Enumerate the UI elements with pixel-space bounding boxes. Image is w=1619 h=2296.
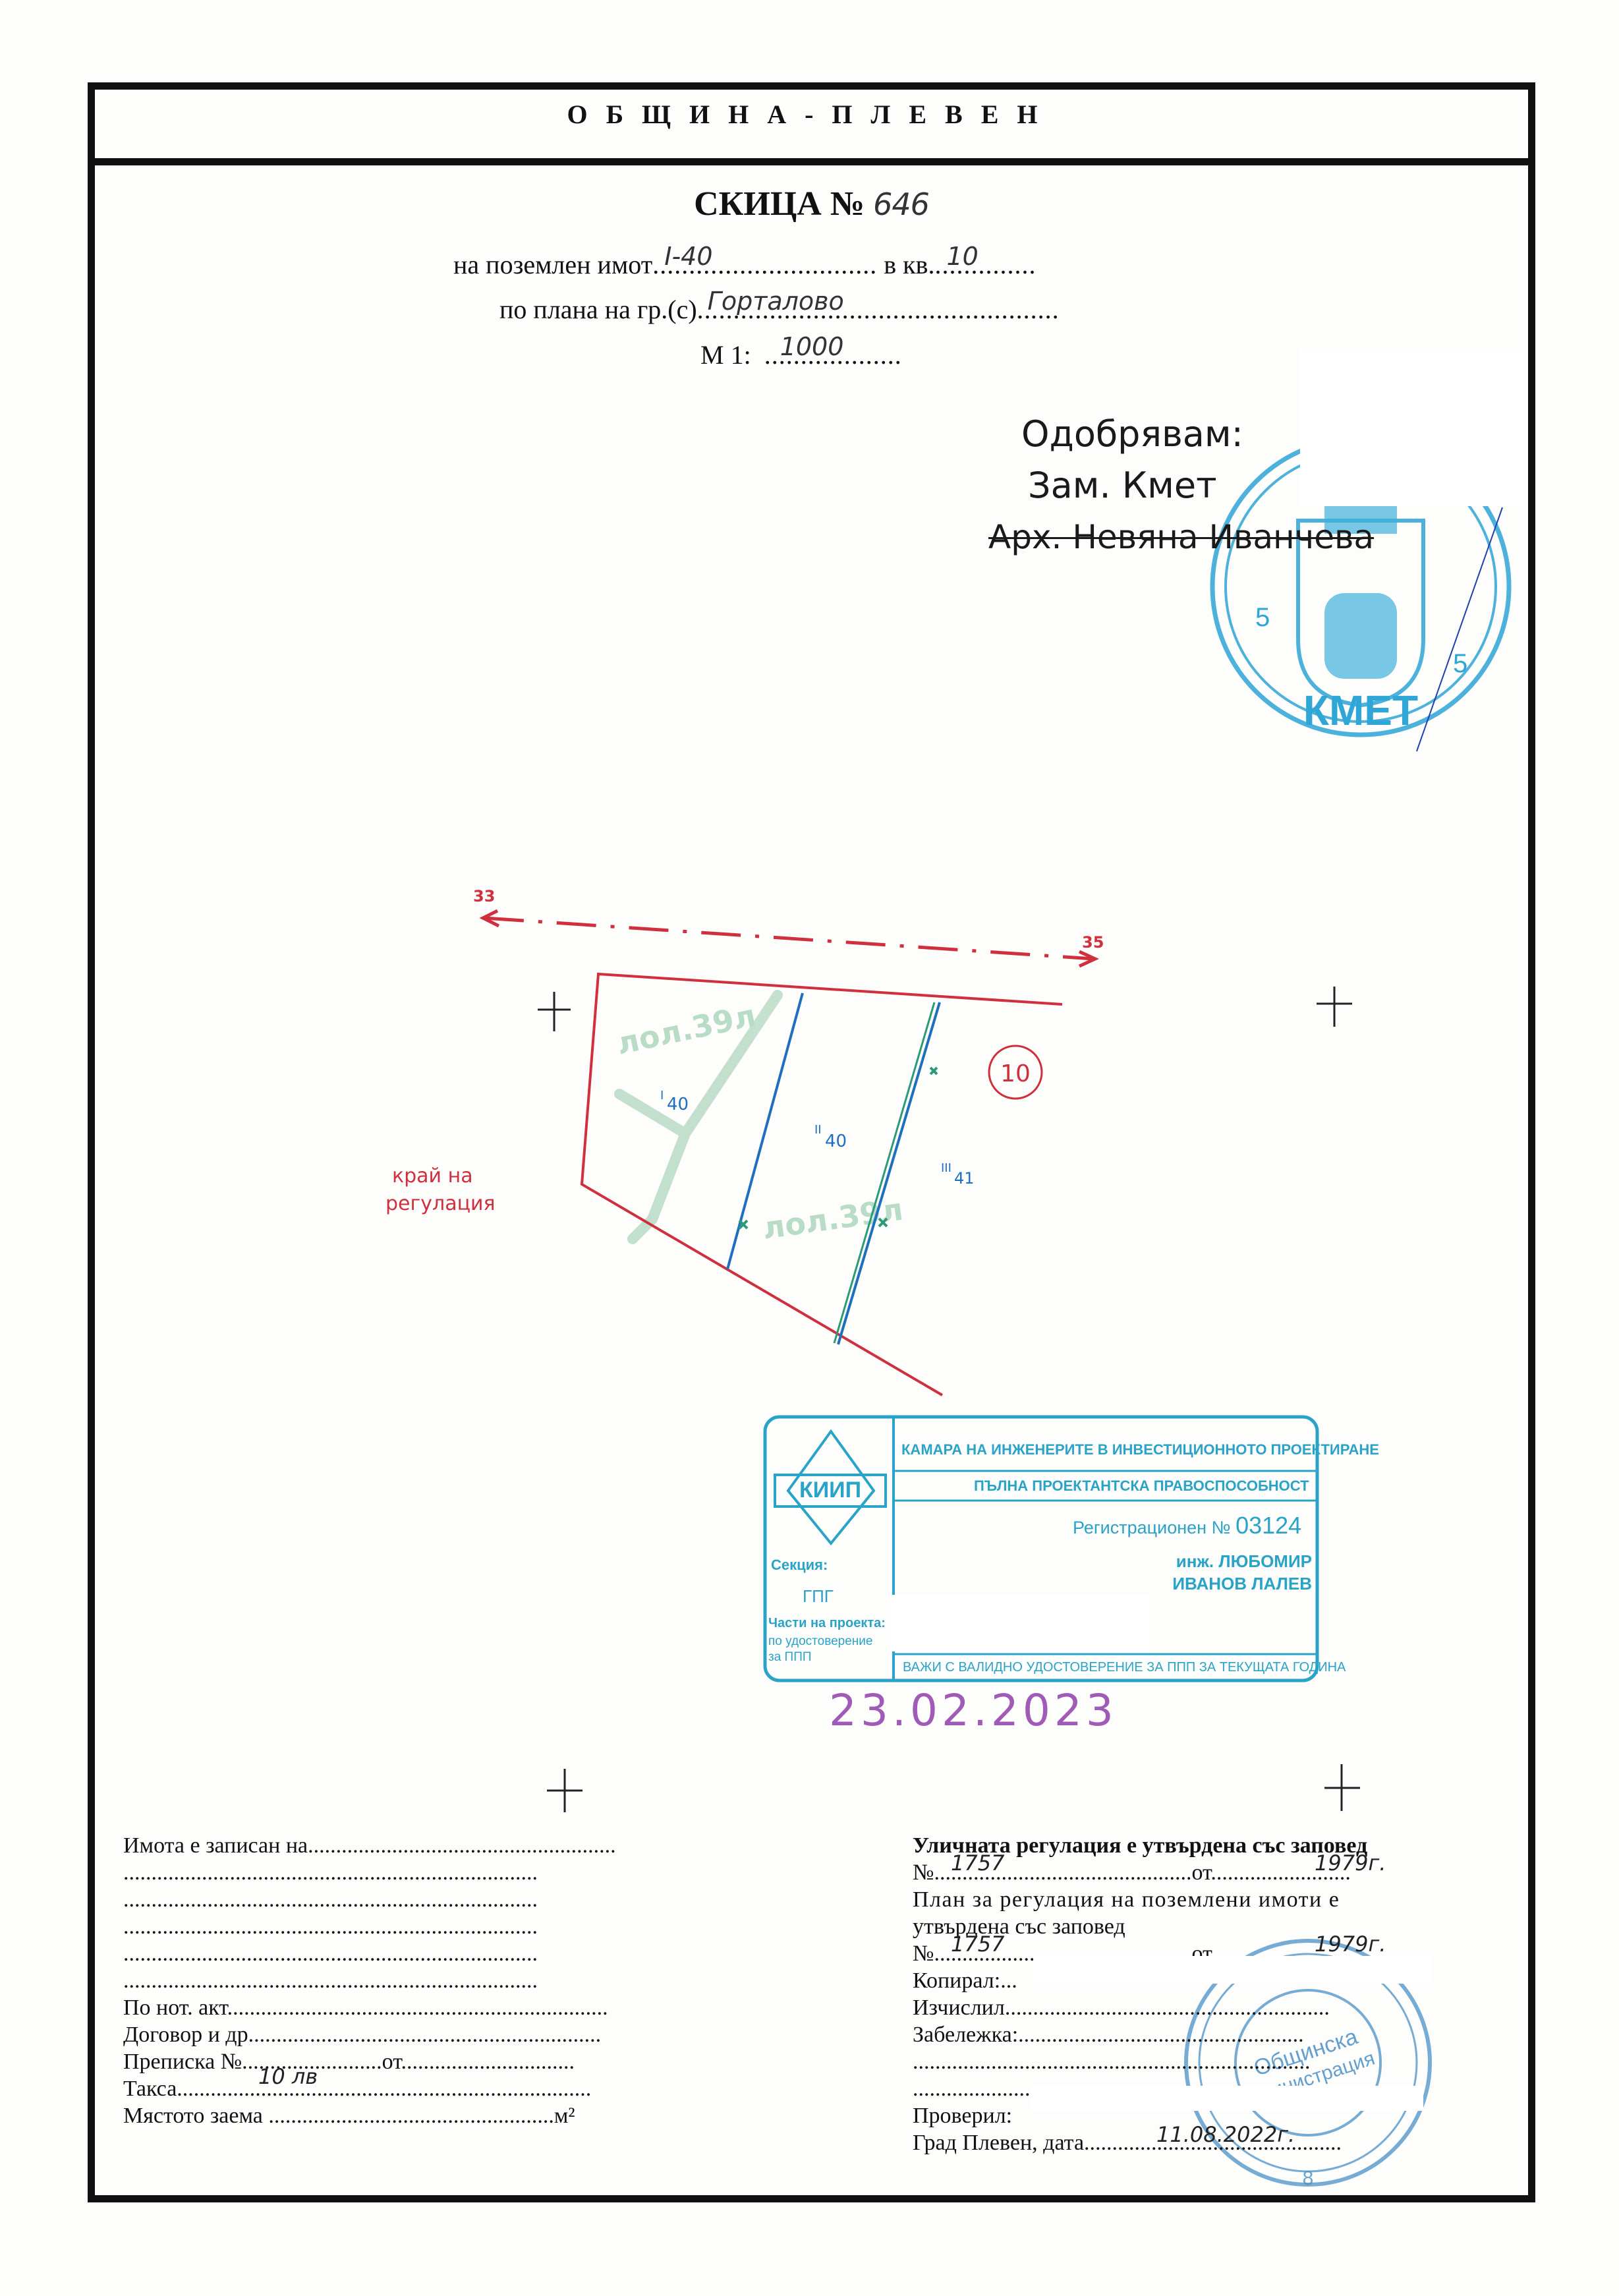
plot-1-number: 40 bbox=[667, 1095, 689, 1114]
stamp-section-label: Секция: bbox=[771, 1557, 828, 1574]
plot-boundary-2 bbox=[838, 1002, 940, 1344]
owner-blank-1: ........................................… bbox=[123, 1859, 616, 1886]
stamp-parts-value-1: по удостоверение bbox=[768, 1634, 872, 1649]
watermark-label-2: лол.39л bbox=[760, 1191, 905, 1246]
note-label: Забележка: bbox=[913, 2023, 1018, 2047]
street-order-label: № bbox=[913, 1860, 934, 1885]
place-date-row: Град Плевен, дата.......................… bbox=[913, 2129, 1367, 2156]
form-left: Имота е записан на......................… bbox=[123, 1832, 616, 2129]
calculated-label: Изчислил bbox=[913, 1995, 1005, 2020]
copied-label: Копирал: bbox=[913, 1968, 1000, 1993]
area-unit: м² bbox=[554, 2104, 575, 2128]
notary-row: По нот. акт.............................… bbox=[123, 1994, 616, 2021]
plan-order-label: № bbox=[913, 1941, 934, 1966]
owner-blank-5: ........................................… bbox=[123, 1967, 616, 1994]
stamp-redaction bbox=[892, 1595, 1149, 1651]
street-label-35: 35 bbox=[1082, 933, 1104, 952]
admin-stamp-number: 8 bbox=[1303, 2167, 1314, 2189]
correspondence-from-label: от bbox=[382, 2050, 401, 2074]
area-row: Мястото заема ..........................… bbox=[123, 2102, 616, 2129]
street-order-row: №.......................................… bbox=[913, 1859, 1367, 1886]
area-label: Мястото заема bbox=[123, 2104, 263, 2128]
plan-order-date: 1979г. bbox=[1315, 1931, 1386, 1958]
plot-2-roman: II bbox=[814, 1123, 822, 1137]
plot-2-number: 40 bbox=[825, 1132, 847, 1151]
plan-reg-line-1: План за регулация на поземлени имоти е bbox=[913, 1886, 1367, 1913]
calculated-row: Изчислил................................… bbox=[913, 1994, 1367, 2021]
owner-blank-3: ........................................… bbox=[123, 1913, 616, 1940]
street-order-no: 1757 bbox=[951, 1850, 1004, 1877]
engineer-name-1: инж. ЛЮБОМИР bbox=[1172, 1550, 1312, 1572]
reg-number: 03124 bbox=[1236, 1512, 1301, 1539]
plot-3-number: 41 bbox=[954, 1169, 975, 1188]
correspondence-label: Преписка № bbox=[123, 2050, 242, 2074]
stamp-validity: ВАЖИ С ВАЛИДНО УДОСТОВЕРЕНИЕ ЗА ППП ЗА Т… bbox=[903, 1660, 1346, 1675]
fee-label: Такса bbox=[123, 2077, 177, 2101]
owner-blank-2: ........................................… bbox=[123, 1886, 616, 1913]
place-date-value: 11.08.2022г. bbox=[1156, 2121, 1295, 2148]
stamp-parts-value-2: за ППП bbox=[768, 1650, 812, 1665]
engineer-stamp: КИИП КАМАРА НА ИНЖЕНЕРИТЕ В ИНВЕСТИЦИОНН… bbox=[763, 1412, 1320, 1688]
street-order-from-label: от bbox=[1191, 1860, 1210, 1885]
contract-label: Договор и др. bbox=[123, 2023, 254, 2047]
place-date-label: Град Плевен, дата bbox=[913, 2131, 1084, 2155]
fee-row: Такса...................................… bbox=[123, 2075, 616, 2102]
regulation-edge-label-2: регулация bbox=[385, 1192, 496, 1215]
plot-1-roman: I bbox=[660, 1089, 664, 1103]
contract-row: Договор и др............................… bbox=[123, 2021, 616, 2048]
notary-label: По нот. акт. bbox=[123, 1995, 233, 2020]
regulation-edge-label-1: край на bbox=[392, 1164, 473, 1188]
stamp-section-value: ГПГ bbox=[803, 1586, 834, 1607]
note-row: Забележка:..............................… bbox=[913, 2021, 1367, 2048]
checked-label: Проверил: bbox=[913, 2104, 1012, 2128]
note-blank-1: ........................................… bbox=[913, 2048, 1367, 2075]
street-order-date: 1979г. bbox=[1315, 1850, 1386, 1877]
kiip-logo: КИИП bbox=[775, 1478, 886, 1503]
reg-label: Регистрационен № bbox=[1073, 1518, 1231, 1537]
checked-redaction bbox=[1031, 2086, 1423, 2111]
stamp-chamber: КАМАРА НА ИНЖЕНЕРИТЕ В ИНВЕСТИЦИОННОТО П… bbox=[901, 1441, 1379, 1458]
street-label-33: 33 bbox=[473, 887, 495, 905]
engineer-name-2: ИВАНОВ ЛАЛЕВ bbox=[1172, 1572, 1312, 1595]
plot-3-roman: III bbox=[941, 1161, 952, 1175]
stamp-parts-label: Части на проекта: bbox=[768, 1616, 886, 1631]
stamp-registration: Регистрационен № 03124 bbox=[1073, 1512, 1301, 1539]
stamp-capacity: ПЪЛНА ПРОЕКТАНТСКА ПРАВОСПОСОБНОСТ bbox=[974, 1478, 1309, 1495]
plot-boundary-2-green bbox=[834, 1002, 934, 1343]
street-axis bbox=[484, 918, 1094, 959]
stamp-date: 23.02.2023 bbox=[829, 1685, 1118, 1736]
block-number-label: 10 bbox=[1000, 1060, 1031, 1087]
fee-value: 10 лв bbox=[258, 2063, 318, 2090]
stamp-engineer-name: инж. ЛЮБОМИР ИВАНОВ ЛАЛЕВ bbox=[1172, 1550, 1312, 1595]
copied-redaction bbox=[1033, 1956, 1432, 1984]
owner-label: Имота е записан на bbox=[123, 1833, 308, 1858]
owner-blank-4: ........................................… bbox=[123, 1940, 616, 1967]
correspondence-row: Преписка №.........................от...… bbox=[123, 2048, 616, 2075]
owner-row: Имота е записан на......................… bbox=[123, 1832, 616, 1859]
plan-order-no: 1757 bbox=[951, 1931, 1004, 1958]
